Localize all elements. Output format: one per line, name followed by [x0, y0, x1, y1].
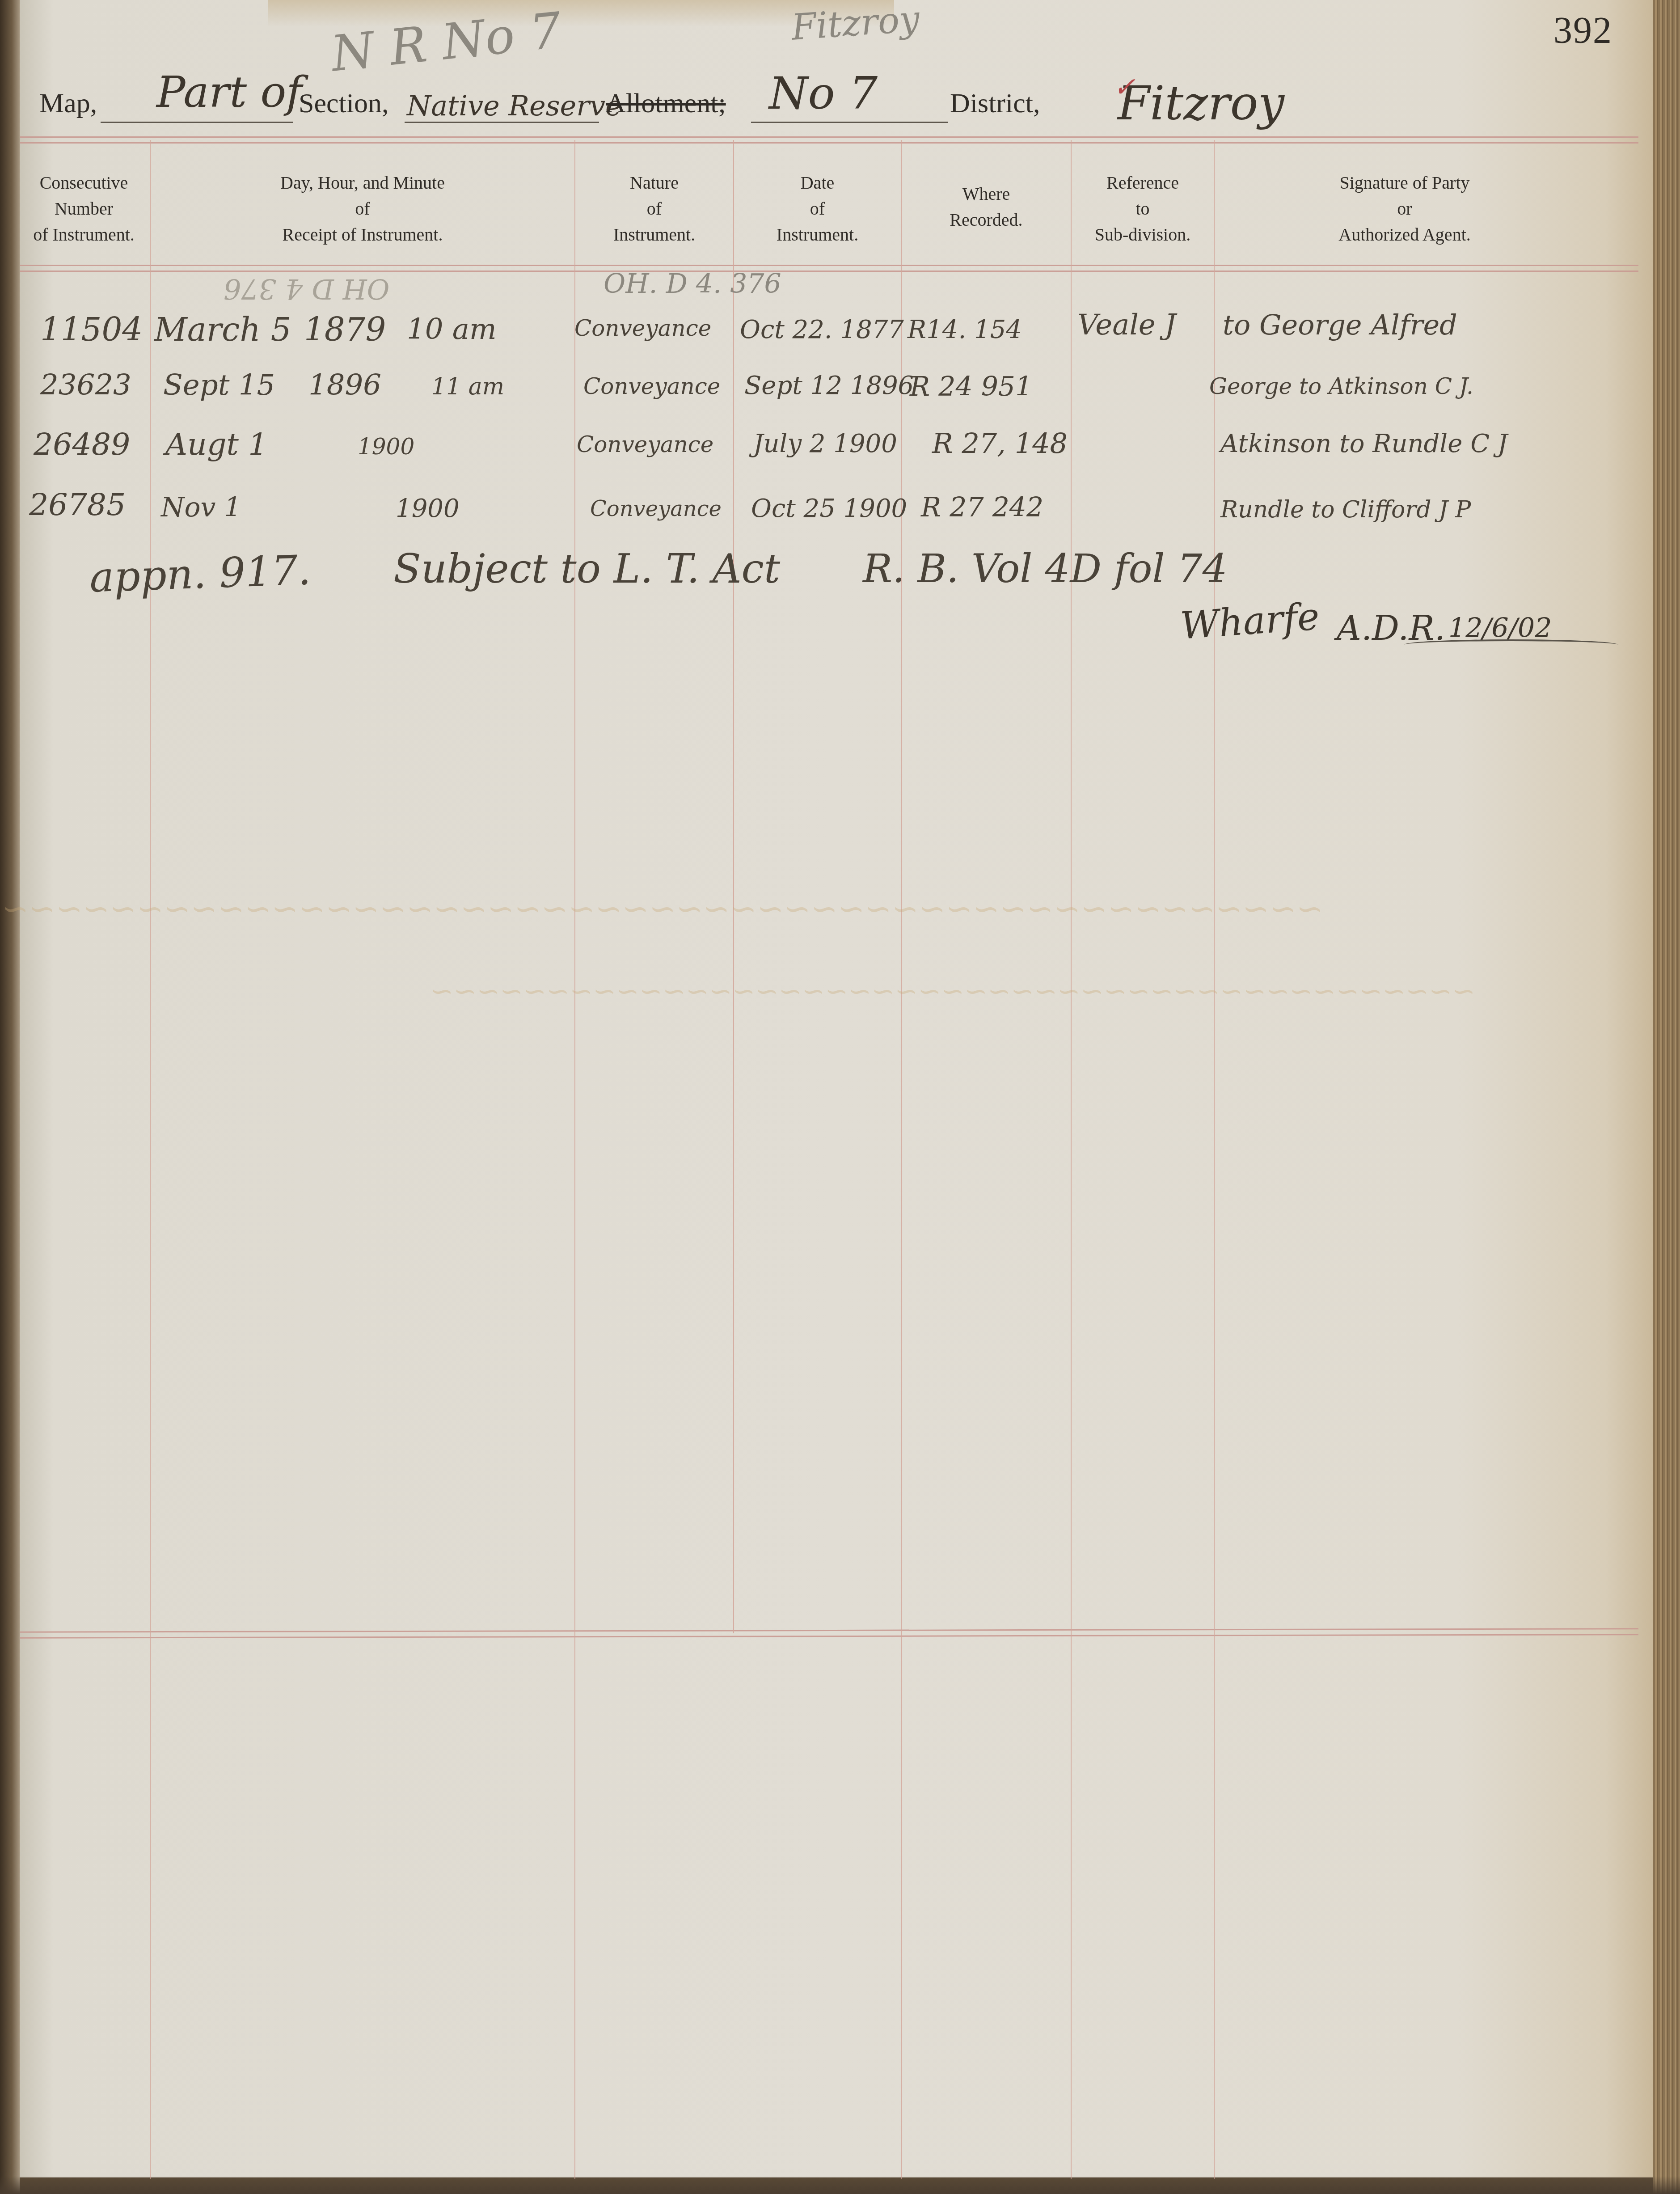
- header-where-recorded: WhereRecorded.: [902, 181, 1071, 233]
- row-4-nature: Conveyance: [590, 496, 722, 521]
- column-rule-5: [1071, 140, 1072, 2179]
- rule-under-title: [20, 136, 1638, 144]
- row-1-receipt-time: 10 am: [407, 313, 497, 346]
- allotment-label: Allotment;: [606, 88, 726, 119]
- row-1-reference: Veale J: [1077, 309, 1176, 342]
- book-binding: [0, 0, 20, 2194]
- section-value: Native Reserve: [407, 89, 622, 122]
- section-label: Section,: [299, 88, 388, 119]
- column-rule-3: [733, 140, 734, 1633]
- map-fill-line: [101, 122, 293, 123]
- header-signature: Signature of PartyorAuthorized Agent.: [1215, 170, 1595, 248]
- header-nature: NatureofInstrument.: [575, 170, 733, 248]
- allotment-value: No 7: [769, 67, 878, 119]
- header-date: DateofInstrument.: [734, 170, 901, 248]
- row-2-where-recorded: R 24 951: [910, 371, 1032, 402]
- row-1-nature: Conveyance: [574, 315, 711, 341]
- row-1-number: 11504: [40, 311, 143, 348]
- row-3-receipt-day: Augt 1: [165, 427, 268, 462]
- row-1-signature: to George Alfred: [1223, 309, 1457, 341]
- row-3-signature: Atkinson to Rundle C J: [1220, 429, 1507, 458]
- row-4-receipt-day: Nov 1: [161, 492, 241, 523]
- row-4-date: Oct 25 1900: [751, 494, 907, 523]
- row-2-date: Sept 12 1896: [744, 371, 914, 400]
- column-rule-1: [150, 140, 151, 2179]
- row-3-date: July 2 1900: [753, 429, 897, 458]
- column-rule-2: [574, 140, 575, 2179]
- row-2-nature: Conveyance: [583, 373, 720, 399]
- pencil-ref-receipt: OH D 4 376: [224, 273, 390, 305]
- row-1-where-recorded: R14. 154: [908, 315, 1022, 344]
- row-1-date: Oct 22. 1877: [740, 315, 904, 344]
- row-1-receipt-day: March 5: [154, 311, 291, 348]
- column-rule-4: [901, 140, 902, 2179]
- row-4-number: 26785: [29, 487, 126, 523]
- signature-underline: [1404, 639, 1618, 650]
- row-3-receipt-year: 1900: [358, 434, 414, 460]
- allotment-fill-line: [751, 122, 948, 123]
- row-2-receipt-time: 11 am: [431, 373, 504, 400]
- header-reference: ReferencetoSub-division.: [1072, 170, 1214, 248]
- header-consecutive-number: ConsecutiveNumberof Instrument.: [18, 170, 150, 248]
- page-bottom-edge: [0, 2176, 1680, 2194]
- district-value: Fitzroy: [1118, 76, 1284, 131]
- header-receipt-time: Day, Hour, and MinuteofReceipt of Instru…: [151, 170, 574, 248]
- note-subject-to-act: Subject to L. T. Act: [393, 545, 780, 592]
- row-3-number: 26489: [34, 427, 130, 462]
- bleed-through-line-1: ~~~~~~~~~~~~~~~~~~~~~~~~~~~~~~~~~~~~~~~~…: [161, 890, 1323, 927]
- bleed-through-line-2: ~~~~~~~~~~~~~~~~~~~~~~~~~~~~~~~~~~~~~~~~…: [671, 975, 1475, 1007]
- row-4-signature: Rundle to Clifford J P: [1220, 496, 1471, 523]
- row-4-receipt-year: 1900: [396, 494, 460, 523]
- row-4-where-recorded: R 27 242: [921, 492, 1043, 523]
- note-register-book-reference: R. B. Vol 4D fol 74: [863, 545, 1228, 592]
- row-3-nature: Conveyance: [577, 431, 713, 457]
- map-value: Part of: [156, 67, 302, 117]
- rule-under-headers: [20, 265, 1638, 272]
- row-1-receipt-year: 1879: [304, 311, 386, 348]
- note-application-number: appn. 917.: [89, 546, 312, 601]
- row-3-where-recorded: R 27, 148: [932, 427, 1068, 460]
- page-fore-edge: [1653, 0, 1680, 2194]
- district-label: District,: [950, 88, 1040, 119]
- row-2-receipt-day: Sept 15: [163, 369, 275, 402]
- row-2-number: 23623: [40, 369, 131, 402]
- map-label: Map,: [39, 88, 97, 119]
- district-check-mark: ✓: [1113, 72, 1135, 103]
- row-2-receipt-year: 1896: [308, 369, 381, 402]
- page-number: 392: [1553, 9, 1612, 52]
- row-2-signature: George to Atkinson C J.: [1209, 373, 1473, 399]
- column-rule-6: [1214, 140, 1215, 2179]
- pencil-ref-nature: OH. D 4. 376: [604, 268, 781, 300]
